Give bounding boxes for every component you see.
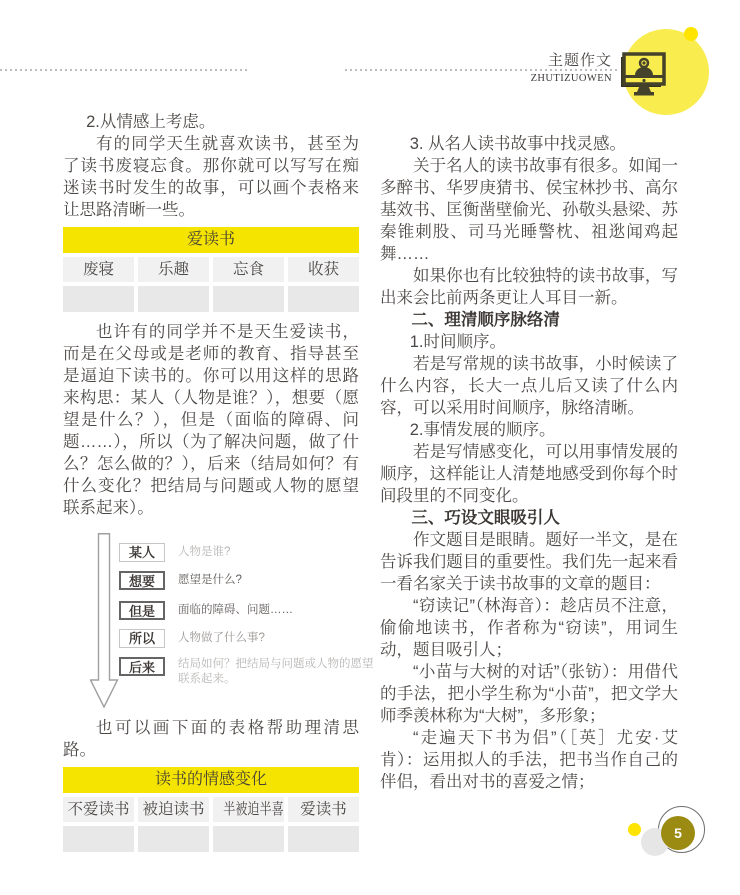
- table-cell-empty: [63, 826, 134, 852]
- table-cell-empty: [288, 286, 359, 312]
- flowchart-step: 想要 愿望是什么?: [119, 571, 374, 590]
- flowchart-step: 所以 人物做了什么事?: [119, 629, 374, 648]
- flowchart-step-note: 结局如何？把结局与问题或人物的愿望联系起来。: [178, 657, 374, 687]
- paragraph: 若是写情感变化，可以用事情发展的顺序，这样能让人清楚地感受到你每个时间段里的不同…: [380, 441, 678, 507]
- flowchart-step: 某人 人物是谁?: [119, 543, 374, 562]
- flowchart-step-note: 愿望是什么?: [178, 573, 374, 588]
- table-column-header-text: 半被迫半喜欢: [223, 797, 284, 822]
- paragraph: 若是写常规的读书故事，小时候读了什么内容，长大一点儿后又读了什么内容，可以采用时…: [380, 353, 678, 419]
- page-title: 主题作文: [452, 53, 612, 69]
- left-column: 2.从情感上考虑。 有的同学天生就喜欢读书，甚至为了读书废寝忘食。那你就可以写写…: [63, 111, 359, 861]
- paragraph: 关于名人的读书故事有很多。如闻一多醉书、华罗庚猜书、侯宝林抄书、高尔基效书、匡衡…: [380, 155, 678, 265]
- flowchart-step-note: 人物是谁?: [178, 545, 374, 560]
- monitor-person-icon: [618, 48, 674, 104]
- table-empty-row: [63, 826, 359, 852]
- paragraph: 有的同学天生就喜欢读书，甚至为了读书废寝忘食。那你就可以写写在痴迷读书时发生的故…: [63, 133, 359, 221]
- flowchart-step-box: 但是: [119, 601, 165, 620]
- flowchart-step-note: 人物做了什么事?: [178, 631, 374, 646]
- flowchart-step-box: 所以: [119, 629, 165, 648]
- paragraph: 也可以画下面的表格帮助理清思路。: [63, 717, 359, 761]
- table-cell-empty: [213, 286, 284, 312]
- table-love-reading: 爱读书 废寝 乐趣 忘食 收获: [63, 227, 359, 312]
- story-flowchart: 某人 人物是谁? 想要 愿望是什么? 但是 面临的障碍、问题…… 所以 人物做了…: [63, 533, 359, 711]
- table-column-header: 忘食: [213, 257, 284, 282]
- page-header: 主题作文 ZHUTIZUOWEN: [452, 53, 612, 85]
- flowchart-step: 但是 面临的障碍、问题……: [119, 601, 374, 620]
- table-emotion-change: 读书的情感变化 不爱读书 被迫读书 半被迫半喜欢 爱读书: [63, 767, 359, 852]
- paragraph: 1.时间顺序。: [380, 331, 678, 353]
- paragraph: 3. 从名人读书故事中找灵感。: [380, 133, 678, 155]
- right-column: 3. 从名人读书故事中找灵感。 关于名人的读书故事有很多。如闻一多醉书、华罗庚猜…: [380, 133, 678, 793]
- flowchart-step: 后来 结局如何？把结局与问题或人物的愿望联系起来。: [119, 657, 374, 687]
- paragraph: “窃读记”（林海音）：趁店员不注意，偷偷地读书，作者称为“窃读”，用词生动，题目…: [380, 595, 678, 661]
- table-empty-row: [63, 286, 359, 312]
- table-cell-empty: [138, 286, 209, 312]
- paragraph: “走遍天下书为侣”（［英］尤安·艾肯）：运用拟人的手法，把书当作自己的伴侣，看出…: [380, 727, 678, 793]
- table-cell-empty: [213, 826, 284, 852]
- flowchart-step-box: 想要: [119, 571, 165, 590]
- table-column-header: 爱读书: [288, 797, 359, 822]
- paragraph: 2.事情发展的顺序。: [380, 419, 678, 441]
- flowchart-step-box: 后来: [119, 657, 165, 676]
- paragraph: 如果你也有比较独特的读书故事，写出来会比前两条更让人耳目一新。: [380, 265, 678, 309]
- flowchart-step-note: 面临的障碍、问题……: [178, 603, 374, 618]
- table-column-header: 废寝: [63, 257, 134, 282]
- table-column-header: 收获: [288, 257, 359, 282]
- table-column-header: 半被迫半喜欢: [213, 797, 284, 822]
- flowchart-step-box: 某人: [119, 543, 165, 562]
- table-columns-row: 不爱读书 被迫读书 半被迫半喜欢 爱读书: [63, 797, 359, 822]
- table-column-header: 不爱读书: [63, 797, 134, 822]
- accent-dot-icon: [628, 823, 641, 836]
- accent-dot-icon: [684, 27, 698, 41]
- paragraph: 作文题目是眼睛。题好一半文，是在告诉我们题目的重要性。我们先一起来看一看名家关于…: [380, 529, 678, 595]
- paragraph: 2.从情感上考虑。: [63, 111, 359, 133]
- section-heading: 二、理清顺序脉络清: [380, 309, 678, 331]
- table-cell-empty: [63, 286, 134, 312]
- table-header: 读书的情感变化: [63, 767, 359, 793]
- table-column-header: 乐趣: [138, 257, 209, 282]
- page-number-badge: 5: [661, 816, 695, 850]
- table-cell-empty: [288, 826, 359, 852]
- paragraph: 也许有的同学并不是天生爱读书，而是在父母或是老师的教育、指导甚至是逼迫下读书的。…: [63, 321, 359, 519]
- table-column-header: 被迫读书: [138, 797, 209, 822]
- table-header: 爱读书: [63, 227, 359, 253]
- section-heading: 三、巧设文眼吸引人: [380, 507, 678, 529]
- down-arrow-outline-icon: [90, 533, 120, 709]
- page-subtitle: ZHUTIZUOWEN: [452, 73, 612, 85]
- table-cell-empty: [138, 826, 209, 852]
- table-columns-row: 废寝 乐趣 忘食 收获: [63, 257, 359, 282]
- paragraph: “小苗与大树的对话”（张钫）：用借代的手法，把小学生称为“小苗”，把文学大师季羡…: [380, 661, 678, 727]
- header-divider-left: [0, 69, 250, 71]
